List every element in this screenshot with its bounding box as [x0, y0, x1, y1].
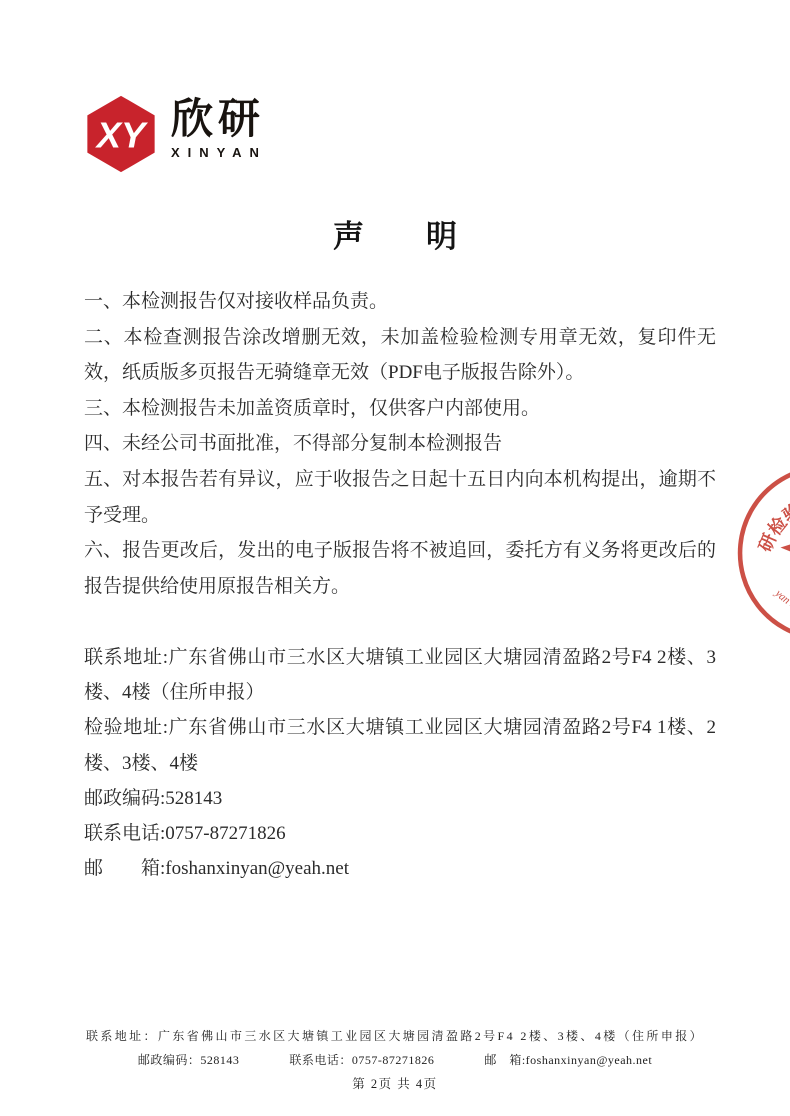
seal-ring-text: 研检验: [745, 497, 790, 559]
logo-monogram: XY: [95, 115, 148, 156]
email-line: 邮 箱:foshanxinyan@yeah.net: [84, 851, 716, 886]
statement-item-4: 四、未经公司书面批准，不得部分复制本检测报告: [84, 426, 716, 462]
seal-ring-border: [720, 447, 790, 660]
company-logo: XY 欣研 XINYAN: [84, 94, 267, 174]
statement-item-2: 二、本检查测报告涂改增删无效，未加盖检验检测专用章无效，复印件无效，纸质版多页报…: [84, 320, 716, 391]
footer-contact-row: 邮政编码：528143 联系电话：0757-87271826 邮 箱:fosha…: [0, 1051, 790, 1068]
contact-block: 联系地址:广东省佛山市三水区大塘镇工业园区大塘园清盈路2号F4 2楼、3楼、4楼…: [84, 640, 716, 886]
inspection-address-line: 检验地址:广东省佛山市三水区大塘镇工业园区大塘园清盈路2号F4 1楼、2楼、3楼…: [84, 710, 716, 780]
footer-postal-code: 邮政编码：528143: [138, 1051, 240, 1068]
statement-item-1: 一、本检测报告仅对接收样品负责。: [84, 284, 716, 320]
footer-email: 邮 箱:foshanxinyan@yeah.net: [484, 1051, 652, 1068]
document-page: XY 欣研 XINYAN 声 明 一、本检测报告仅对接收样品负责。 二、本检查测…: [0, 0, 790, 1116]
statement-item-6: 六、报告更改后，发出的电子版报告将不被追回，委托方有义务将更改后的报告提供给使用…: [84, 533, 716, 604]
seal-star-icon: [772, 495, 790, 596]
postal-code-line: 邮政编码:528143: [84, 781, 716, 816]
statement-item-3: 三、本检测报告未加盖资质章时，仅供客户内部使用。: [84, 391, 716, 427]
seal-bottom-arc-text: yan Inspe: [770, 579, 790, 625]
page-title: 声 明: [0, 211, 790, 256]
statement-list: 一、本检测报告仅对接收样品负责。 二、本检查测报告涂改增删无效，未加盖检验检测专…: [84, 284, 716, 604]
footer-page-number: 第 2页 共 4页: [0, 1074, 790, 1092]
statement-item-5: 五、对本报告若有异议，应于收报告之日起十五日内向本机构提出，逾期不予受理。: [84, 462, 716, 533]
svg-text:yan Inspe: yan Inspe: [770, 579, 790, 625]
contact-address-line: 联系地址:广东省佛山市三水区大塘镇工业园区大塘园清盈路2号F4 2楼、3楼、4楼…: [84, 640, 716, 710]
xy-hexagon-logo-icon: XY: [84, 94, 158, 174]
phone-line: 联系电话:0757-87271826: [84, 816, 716, 851]
inspection-seal-stamp: 研检验 检验检测 ection & Te yan Inspe: [713, 440, 790, 665]
svg-text:研检验: 研检验: [745, 497, 790, 559]
logo-wordmark: 欣研 XINYAN: [171, 94, 267, 160]
footer-phone: 联系电话：0757-87271826: [289, 1051, 434, 1068]
company-name-en: XINYAN: [171, 145, 267, 160]
footer-address: 联系地址：广东省佛山市三水区大塘镇工业园区大塘园清盈路2号F4 2楼、3楼、4楼…: [0, 1027, 790, 1044]
company-name-cn: 欣研: [171, 95, 267, 143]
page-footer: 联系地址：广东省佛山市三水区大塘镇工业园区大塘园清盈路2号F4 2楼、3楼、4楼…: [0, 1027, 790, 1092]
